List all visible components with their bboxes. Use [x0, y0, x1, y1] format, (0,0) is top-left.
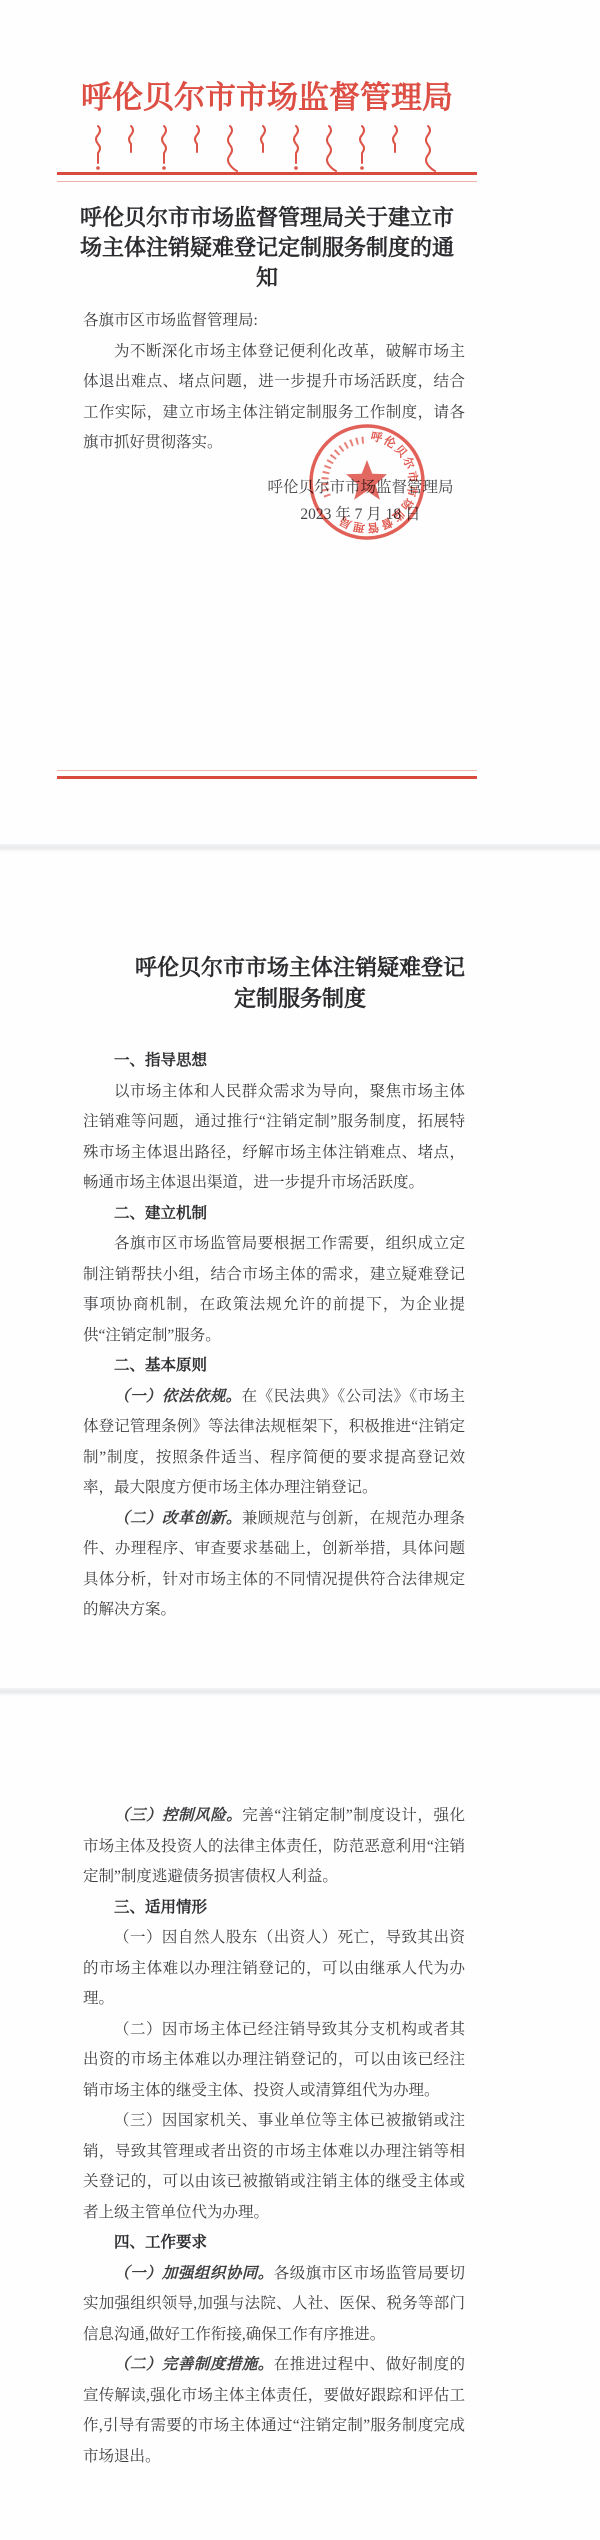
section-heading-2: 二、建立机制 [83, 1199, 465, 1230]
situation-item-3: （三）因国家机关、事业单位等主体已被撤销或注销，导致其管理或者出资的市场主体难以… [83, 2106, 465, 2228]
page2-content: 一、指导思想 以市场主体和人民群众需求为导向，聚焦市场主体注销难等问题，通过推行… [83, 1046, 465, 1626]
section-heading-3: 二、基本原则 [83, 1351, 465, 1382]
official-seal: 呼伦贝尔市市场监督管理局 [306, 421, 428, 543]
situation-item-2: （二）因市场主体已经注销导致其分支机构或者其出资的市场主体难以办理注销登记的，可… [83, 2015, 465, 2107]
principle-item-2: （二）改革创新。兼顾规范与创新，在规范办理条件、办理程序、审查要求基础上，创新举… [83, 1504, 465, 1626]
principle-item-3: （三）控制风险。完善“注销定制”制度设计，强化市场主体及投资人的法律主体责任，防… [83, 1801, 465, 1893]
page-break-1 [0, 844, 600, 852]
requirement-item-2: （二）完善制度措施。在推进过程中、做好制度的宣传解读,强化市场主体主体责任，要做… [83, 2350, 465, 2472]
section-1-paragraph: 以市场主体和人民群众需求为导向，聚焦市场主体注销难等问题，通过推行“注销定制”服… [83, 1077, 465, 1199]
section-heading-5: 四、工作要求 [83, 2228, 465, 2259]
attachment-title: 呼伦贝尔市市场主体注销疑难登记定制服务制度 [133, 952, 467, 1014]
principle-item-1-lead: （一）依法依规。 [114, 1388, 242, 1405]
section-heading-4: 三、适用情形 [83, 1893, 465, 1924]
section-heading-1: 一、指导思想 [83, 1046, 465, 1077]
requirement-item-1: （一）加强组织协同。各级旗市区市场监管局要切实加强组织领导,加强与法院、人社、医… [83, 2259, 465, 2351]
section-2-paragraph: 各旗市区市场监管局要根据工作需要，组织成立定制注销帮扶小组，结合市场主体的需求，… [83, 1229, 465, 1351]
seal-star [346, 460, 387, 500]
letterhead-divider-line [57, 172, 477, 182]
footer-divider-line [57, 770, 477, 779]
scanned-official-document: 呼伦贝尔市市场监督管理局 呼伦贝尔市市场监督管理局关于建立市场主体注销疑难登记定… [0, 0, 600, 2540]
page-break-2 [0, 1688, 600, 1696]
requirement-item-1-lead: （一）加强组织协同。 [114, 2265, 274, 2282]
salutation: 各旗市区市场监督管理局: [83, 306, 465, 337]
situation-item-1: （一）因自然人股东（出资人）死亡，导致其出资的市场主体难以办理注销登记的，可以由… [83, 1923, 465, 2015]
principle-item-2-lead: （二）改革创新。 [114, 1510, 242, 1527]
mongolian-script-text [92, 122, 442, 178]
page3-content: （三）控制风险。完善“注销定制”制度设计，强化市场主体及投资人的法律主体责任，防… [83, 1801, 465, 2472]
notice-title: 呼伦贝尔市市场监督管理局关于建立市场主体注销疑难登记定制服务制度的通知 [79, 203, 455, 293]
principle-item-3-lead: （三）控制风险。 [114, 1807, 242, 1824]
principle-item-1: （一）依法依规。在《民法典》《公司法》《市场主体登记管理条例》等法律法规框架下，… [83, 1382, 465, 1504]
requirement-item-2-lead: （二）完善制度措施。 [114, 2356, 274, 2373]
letterhead-agency-name: 呼伦贝尔市市场监督管理局 [57, 72, 477, 117]
